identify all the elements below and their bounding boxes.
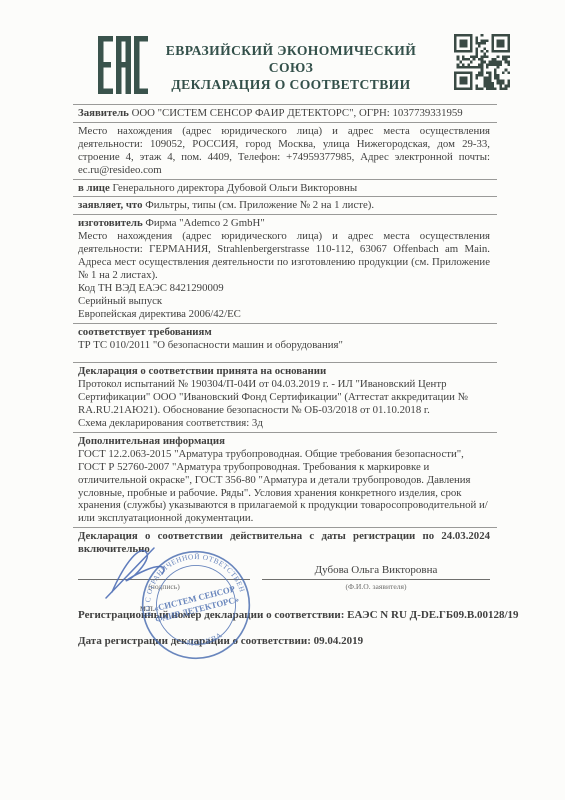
registration-date: 09.04.2019 [314, 635, 364, 647]
conformity-regulation: ТР ТС 010/2011 "О безопасности машин и о… [78, 339, 490, 352]
applicant-value: ООО "СИСТЕМ СЕНСОР ФАИР ДЕТЕКТОРС", ОГРН… [132, 107, 463, 119]
registration-number: ЕАЭС N RU Д-DE.ГБ09.В.00128/19 [347, 609, 518, 621]
in-person-label: в лице [78, 182, 110, 194]
additional-info-text: ГОСТ 12.2.063-2015 "Арматура трубопровод… [78, 448, 490, 525]
in-person-line: в лице Генерального директора Дубовой Ол… [78, 182, 490, 195]
registration-date-line: Дата регистрации декларации о соответств… [78, 635, 490, 648]
divider [73, 323, 497, 324]
applicant-name: Дубова Ольга Викторовна [262, 564, 490, 580]
name-caption: (Ф.И.О. заявителя) [262, 580, 490, 594]
divider [73, 527, 497, 528]
registration-number-label: Регистрационный номер декларации о соотв… [78, 609, 344, 621]
basis-label: Декларация о соответствии принята на осн… [78, 365, 490, 378]
name-column: Дубова Ольга Викторовна (Ф.И.О. заявител… [262, 564, 490, 594]
declares-value: Фильтры, типы (см. Приложение № 2 на 1 л… [145, 199, 374, 211]
in-person-value: Генерального директора Дубовой Ольги Вик… [113, 182, 358, 194]
document-title: ЕВРАЗИЙСКИЙ ЭКОНОМИЧЕСКИЙ СОЮЗ ДЕКЛАРАЦИ… [156, 42, 426, 93]
declares-line: заявляет, что Фильтры, типы (см. Приложе… [78, 199, 490, 212]
handwritten-signature [102, 542, 192, 600]
title-line-1: ЕВРАЗИЙСКИЙ ЭКОНОМИЧЕСКИЙ СОЮЗ [156, 42, 426, 76]
divider [73, 179, 497, 180]
conformity-label: соответствует требованиям [78, 326, 490, 339]
manufacturer-address: Место нахождения (адрес юридического лиц… [78, 230, 490, 282]
qr-code [454, 34, 510, 90]
divider [73, 122, 497, 123]
applicant-address: Место нахождения (адрес юридического лиц… [78, 125, 490, 177]
eac-logo-icon [98, 36, 148, 94]
declaration-scheme: Схема декларирования соответствия: 3д [78, 417, 490, 430]
signature-block: (подпись) Дубова Ольга Викторовна (Ф.И.О… [78, 564, 490, 594]
document-content: ЕВРАЗИЙСКИЙ ЭКОНОМИЧЕСКИЙ СОЮЗ ДЕКЛАРАЦИ… [78, 34, 490, 648]
basis-text: Протокол испытаний № 190304/П-04И от 04.… [78, 378, 490, 417]
divider [73, 214, 497, 215]
document-header: ЕВРАЗИЙСКИЙ ЭКОНОМИЧЕСКИЙ СОЮЗ ДЕКЛАРАЦИ… [78, 34, 490, 98]
applicant-line: Заявитель ООО "СИСТЕМ СЕНСОР ФАИР ДЕТЕКТ… [78, 107, 490, 120]
manufacturer-line: изготовитель Фирма "Ademco 2 GmbH" [78, 217, 490, 230]
declaration-document: ЕВРАЗИЙСКИЙ ЭКОНОМИЧЕСКИЙ СОЮЗ ДЕКЛАРАЦИ… [0, 0, 565, 800]
title-line-2: ДЕКЛАРАЦИЯ О СООТВЕТСТВИИ [156, 76, 426, 93]
divider [73, 196, 497, 197]
applicant-label: Заявитель [78, 107, 129, 119]
manufacturer-label: изготовитель [78, 217, 143, 229]
divider [73, 104, 497, 105]
tn-ved-code: Код ТН ВЭД ЕАЭС 8421290009 [78, 282, 490, 295]
eu-directive: Европейская директива 2006/42/EC [78, 308, 490, 321]
manufacturer-value: Фирма "Ademco 2 GmbH" [145, 217, 264, 229]
stamp-place-label: м.п. [140, 602, 155, 615]
divider [73, 432, 497, 433]
declares-label: заявляет, что [78, 199, 143, 211]
registration-date-label: Дата регистрации декларации о соответств… [78, 635, 311, 647]
additional-info-label: Дополнительная информация [78, 435, 490, 448]
divider [73, 362, 497, 363]
release-type: Серийный выпуск [78, 295, 490, 308]
